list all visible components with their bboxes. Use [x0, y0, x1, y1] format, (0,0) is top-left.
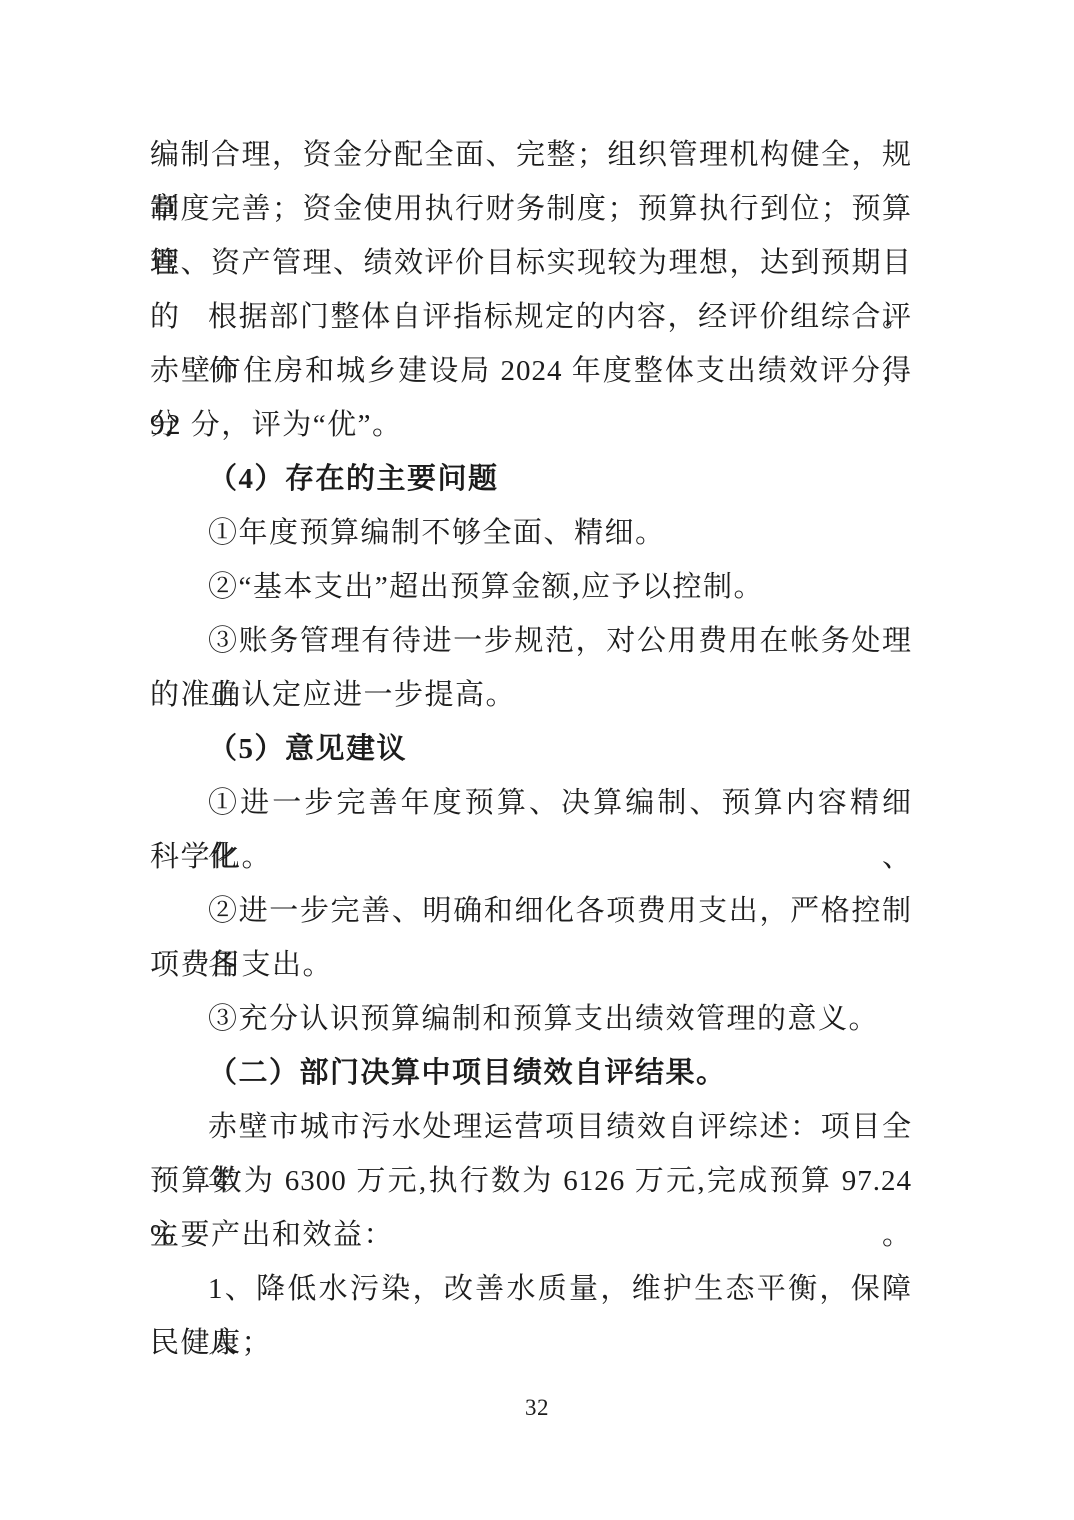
text-line: 92 分，评为“优”。	[150, 398, 912, 452]
page-number: 32	[0, 1395, 1074, 1421]
text-line: 预算数为 6300 万元,执行数为 6126 万元,完成预算 97.24 %。	[150, 1154, 912, 1208]
text-line: 1、降低水污染，改善水质量，维护生态平衡，保障人	[150, 1262, 912, 1316]
text-line: 编制合理，资金分配全面、完整；组织管理机构健全，规章	[150, 128, 912, 182]
text-line: ①年度预算编制不够全面、精细。	[150, 506, 912, 560]
section-heading-2: （二）部门决算中项目绩效自评结果。	[150, 1046, 912, 1100]
text-line: ②进一步完善、明确和细化各项费用支出，严格控制各	[150, 884, 912, 938]
text-line: 赤壁市住房和城乡建设局 2024 年度整体支出绩效评分得分	[150, 344, 912, 398]
text-line: 赤壁市城市污水处理运营项目绩效自评综述：项目全年	[150, 1100, 912, 1154]
text-line: ②“基本支出”超出预算金额,应予以控制。	[150, 560, 912, 614]
text-line: 的准确认定应进一步提高。	[150, 668, 912, 722]
section-heading-5: （5）意见建议	[150, 722, 912, 776]
document-body: 编制合理，资金分配全面、完整；组织管理机构健全，规章 制度完善；资金使用执行财务…	[150, 128, 912, 1370]
text-line: 根据部门整体自评指标规定的内容，经评价组综合评价，	[150, 290, 912, 344]
section-heading-4: （4）存在的主要问题	[150, 452, 912, 506]
text-line: 理、资产管理、绩效评价目标实现较为理想，达到预期目的。	[150, 236, 912, 290]
text-line: 项费用支出。	[150, 938, 912, 992]
text-line: ①进一步完善年度预算、决算编制、预算内容精细化、	[150, 776, 912, 830]
document-page: 编制合理，资金分配全面、完整；组织管理机构健全，规章 制度完善；资金使用执行财务…	[0, 0, 1074, 1520]
text-line: ③账务管理有待进一步规范，对公用费用在帐务处理上	[150, 614, 912, 668]
text-line: ③充分认识预算编制和预算支出绩效管理的意义。	[150, 992, 912, 1046]
text-line: 民健康；	[150, 1316, 912, 1370]
text-line: 制度完善；资金使用执行财务制度；预算执行到位；预算管	[150, 182, 912, 236]
